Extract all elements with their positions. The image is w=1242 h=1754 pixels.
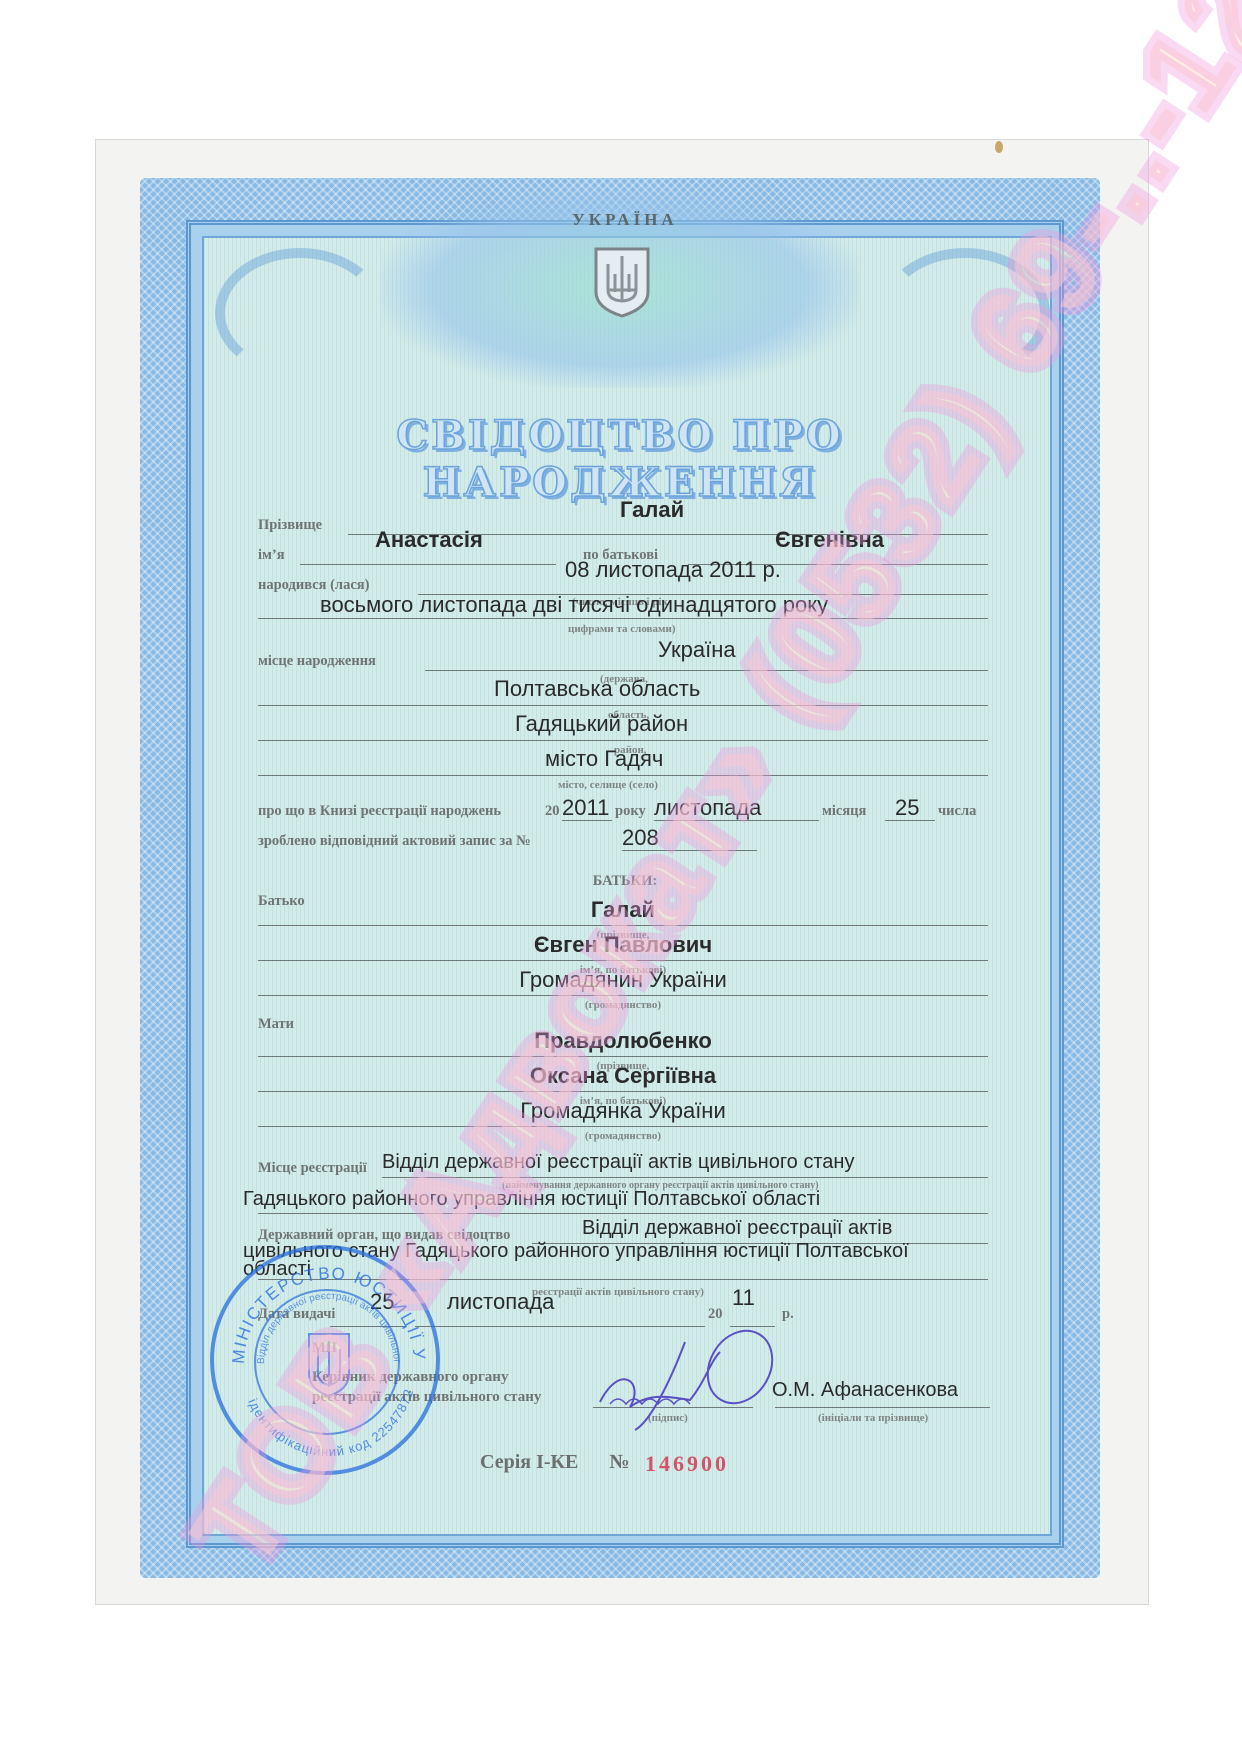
mother-name: Оксана Сергіївна xyxy=(258,1063,988,1089)
birth-date-words: восьмого листопада дві тисячі одинадцято… xyxy=(320,592,828,618)
issuer-line1: Відділ державної реєстрації актів xyxy=(582,1217,892,1240)
birthplace-label: місце народження xyxy=(258,653,376,670)
birthplace-region-line xyxy=(258,705,988,706)
mother-citizenship-hint: (громадянство) xyxy=(258,1130,988,1142)
mother-citizenship-line xyxy=(258,1126,988,1127)
entry-text: зроблено відповідний актовий запис за № xyxy=(258,833,531,850)
official-name: О.М. Афанасенкова xyxy=(772,1379,958,1402)
official-name-line xyxy=(775,1407,990,1408)
record-day-line xyxy=(885,820,935,821)
mother-surname: Правдолюбенко xyxy=(258,1028,988,1054)
record-day-suffix: числа xyxy=(938,803,976,820)
record-year-suffix: року xyxy=(615,803,646,820)
issue-month: листопада xyxy=(447,1289,554,1315)
document-title: СВІДОЦТВО ПРО НАРОДЖЕННЯ xyxy=(290,412,950,506)
birthplace-region: Полтавська область xyxy=(494,676,700,702)
paper-stain xyxy=(995,141,1003,153)
official-stamp: МІНІСТЕРСТВО ЮСТИЦІЇ УКРАЇНИ Відділ держ… xyxy=(210,1245,440,1475)
birthplace-country-line xyxy=(425,670,988,671)
birth-date-words-hint: цифрами та словами) xyxy=(568,623,676,635)
mother-surname-line xyxy=(258,1056,988,1057)
father-citizenship-hint: (громадянство) xyxy=(258,999,988,1011)
child-patronymic: Євгенівна xyxy=(775,527,884,553)
birthplace-city: місто Гадяч xyxy=(545,746,663,772)
record-month-suffix: місяця xyxy=(822,803,866,820)
birthplace-city-line xyxy=(258,775,988,776)
mother-citizenship: Громадянка України xyxy=(258,1098,988,1124)
child-surname: Галай xyxy=(620,497,684,523)
stamp-emblem-icon: МІНІСТЕРСТВО ЮСТИЦІЇ УКРАЇНИ Відділ держ… xyxy=(214,1249,444,1479)
issue-year-suffix: р. xyxy=(782,1306,794,1323)
serial-number: 146900 xyxy=(645,1451,729,1477)
official-hint: (ініціали та прізвище) xyxy=(818,1412,928,1424)
issue-century: 20 xyxy=(708,1306,723,1323)
serial-label: Серія І-КЕ № xyxy=(480,1451,629,1474)
birth-date-words-line xyxy=(258,618,988,619)
svg-text:МІНІСТЕРСТВО ЮСТИЦІЇ УКРАЇНИ: МІНІСТЕРСТВО ЮСТИЦІЇ УКРАЇНИ xyxy=(214,1249,429,1364)
stamp-code-text: ідентифікаційний код 22547872 xyxy=(245,1387,416,1459)
entry-number-line xyxy=(622,850,757,851)
child-name: Анастасія xyxy=(375,527,483,553)
record-text: про що в Книзі реєстрації народжень xyxy=(258,803,501,820)
issuer-hint: реєстрації актів цивільного стану) xyxy=(532,1286,704,1298)
father-citizenship: Громадянин України xyxy=(258,967,988,993)
father-surname-line xyxy=(258,925,988,926)
record-year: 2011 xyxy=(562,795,609,821)
surname-label: Прізвище xyxy=(258,517,322,534)
name-line xyxy=(300,564,556,565)
record-day: 25 xyxy=(895,795,919,821)
mother-name-line xyxy=(258,1091,988,1092)
birthplace-district: Гадяцький район xyxy=(515,711,688,737)
registration-place-line2-rule xyxy=(258,1213,988,1214)
stamp-outer-text: МІНІСТЕРСТВО ЮСТИЦІЇ УКРАЇНИ xyxy=(214,1249,429,1364)
parents-heading: БАТЬКИ: xyxy=(575,873,675,890)
father-citizenship-line xyxy=(258,995,988,996)
number-sign: № xyxy=(609,1451,629,1473)
name-label: ім’я xyxy=(258,547,285,564)
registration-place-line2: Гадяцького районного управління юстиції … xyxy=(243,1188,820,1211)
record-month: листопада xyxy=(654,795,761,821)
birthplace-district-line xyxy=(258,740,988,741)
corner-ornament-right xyxy=(880,248,1050,378)
birth-date-digits: 08 листопада 2011 р. xyxy=(565,557,781,583)
serial-series: Серія І-КЕ xyxy=(480,1451,578,1473)
country-label: УКРАЇНА xyxy=(570,210,680,230)
father-name-line xyxy=(258,960,988,961)
father-name: Євген Павлович xyxy=(258,932,988,958)
issue-year: 11 xyxy=(732,1285,755,1311)
record-month-line xyxy=(654,820,819,821)
registration-place-label: Місце реєстрації xyxy=(258,1160,367,1177)
record-century: 20 xyxy=(545,803,560,820)
entry-number: 208 xyxy=(622,825,659,851)
birthplace-city-hint: місто, селище (село) xyxy=(558,779,658,791)
record-year-line xyxy=(562,820,612,821)
birthplace-country: Україна xyxy=(658,637,736,663)
corner-ornament-left xyxy=(215,248,385,378)
registration-place-line1-rule xyxy=(382,1177,988,1178)
trident-coat-of-arms-icon xyxy=(593,246,651,318)
registration-place-line1: Відділ державної реєстрації актів цивіль… xyxy=(382,1151,854,1174)
handwritten-signature xyxy=(590,1322,780,1432)
svg-text:ідентифікаційний код 22547872: ідентифікаційний код 22547872 xyxy=(245,1387,416,1459)
father-surname: Галай xyxy=(258,897,988,923)
